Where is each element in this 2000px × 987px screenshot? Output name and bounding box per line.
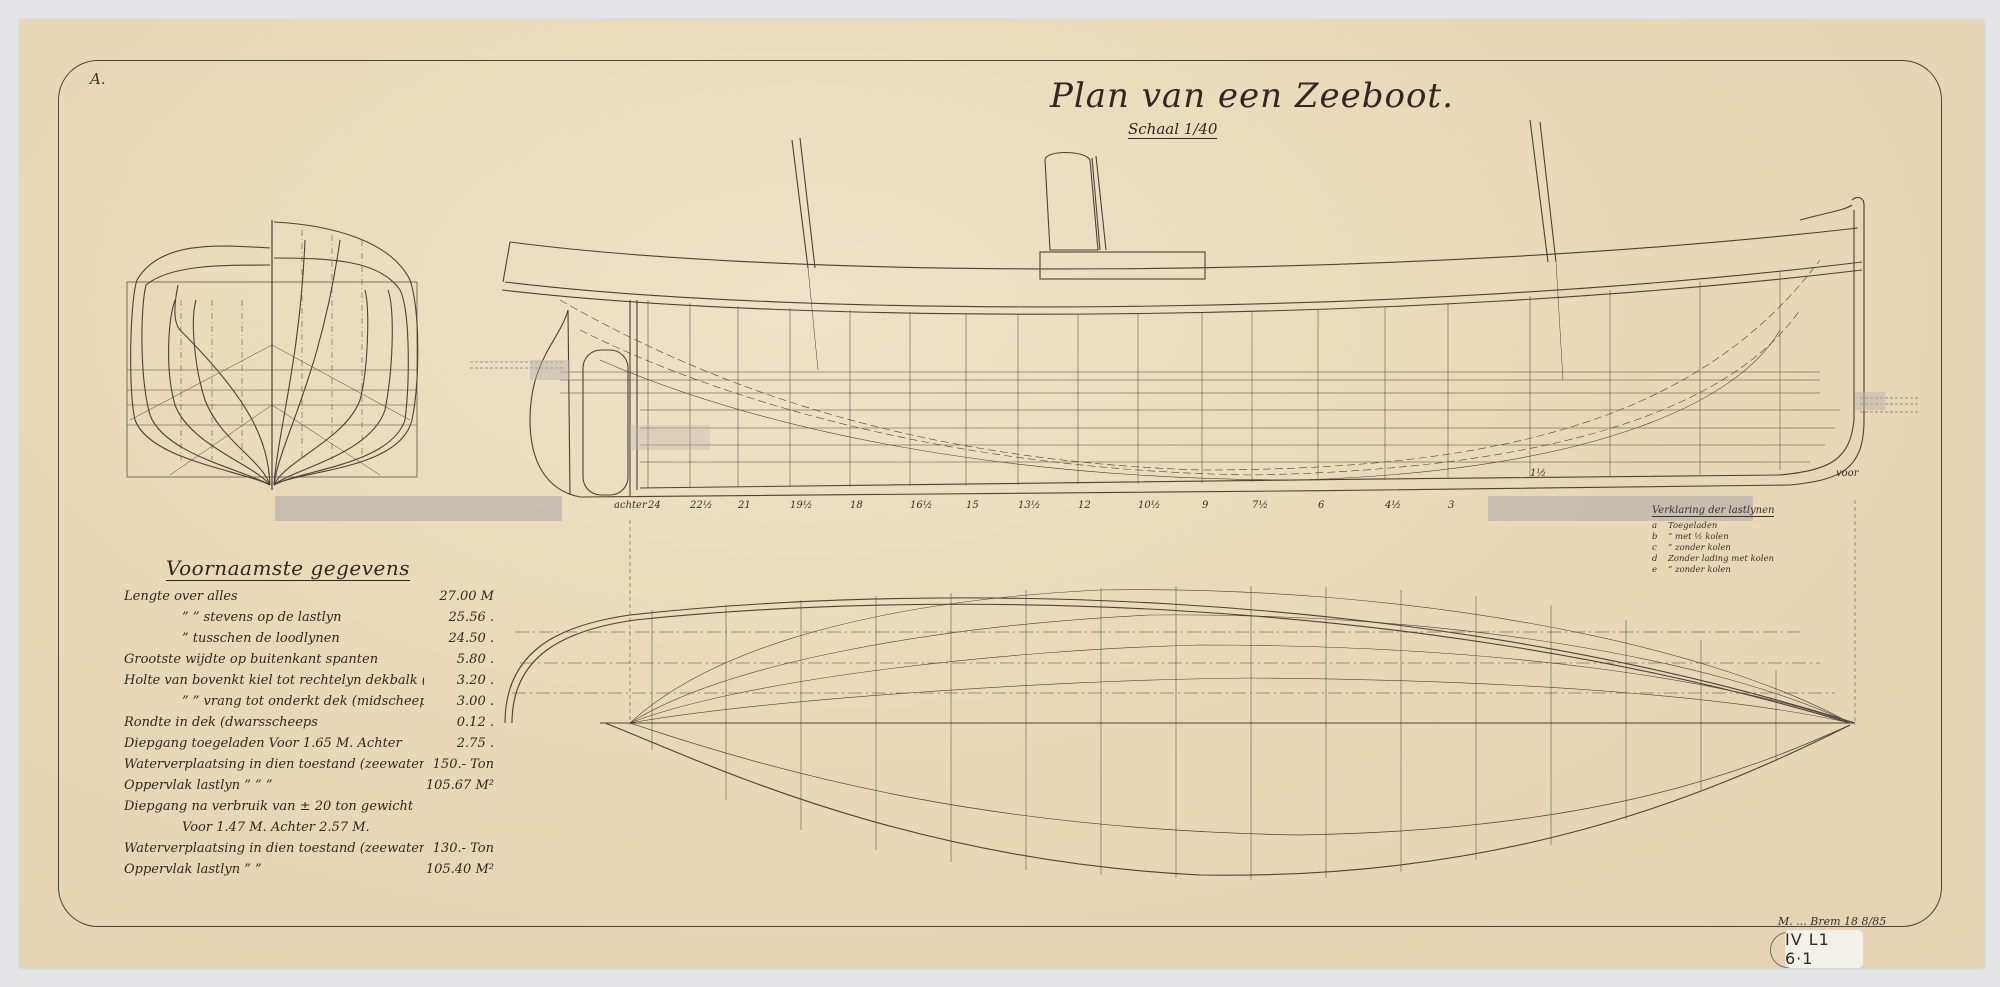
station-label: 16½ xyxy=(910,500,932,511)
station-label: 19½ xyxy=(790,500,812,511)
station-label: 4½ xyxy=(1385,500,1401,511)
station-label: 6 xyxy=(1318,500,1324,511)
station-label: 22½ xyxy=(690,500,712,511)
legend-row: c” zonder kolen xyxy=(1652,543,1774,554)
spec-row: Oppervlak lastlyn ” ” ”105.67 M² xyxy=(124,775,494,796)
station-label: 13½ xyxy=(1018,500,1040,511)
legend-row: b” met ½ kolen xyxy=(1652,532,1774,543)
spec-row: Waterverplaatsing in dien toestand (zeew… xyxy=(124,754,494,775)
legend-row: e” zonder kolen xyxy=(1652,565,1774,576)
station-label: 7½ xyxy=(1252,500,1268,511)
station-label: 24 xyxy=(648,500,661,511)
load-lines-legend: Verklaring der lastlynen aToegeladen b” … xyxy=(1652,505,1774,576)
spec-row: Voor 1.47 M. Achter 2.57 M. xyxy=(124,817,494,838)
station-label: 3 xyxy=(1448,500,1454,511)
spec-row: Lengte over alles27.00 M xyxy=(124,586,494,607)
spec-row: Holte van bovenkt kiel tot rechtelyn dek… xyxy=(124,670,494,691)
station-label: 18 xyxy=(850,500,863,511)
specifications-table: Voornaamste gegevens Lengte over alles27… xyxy=(124,556,494,880)
station-label: 12 xyxy=(1078,500,1091,511)
spec-row: ” ” vrang tot onderkt dek (midscheeps)3.… xyxy=(124,691,494,712)
spec-row: Waterverplaatsing in dien toestand (zeew… xyxy=(124,838,494,859)
body-plan xyxy=(127,220,418,490)
spec-row: Grootste wijdte op buitenkant spanten5.8… xyxy=(124,649,494,670)
station-label: 1½ xyxy=(1530,468,1546,479)
station-label: achter xyxy=(614,500,647,511)
specifications-heading: Voornaamste gegevens xyxy=(166,556,494,580)
station-label: 21 xyxy=(738,500,751,511)
legend-heading: Verklaring der lastlynen xyxy=(1652,505,1774,517)
legend-row: aToegeladen xyxy=(1652,521,1774,532)
station-label: voor xyxy=(1836,468,1858,479)
spec-row: Rondte in dek (dwarsscheeps0.12 . xyxy=(124,712,494,733)
legend-row: dZonder lading met kolen xyxy=(1652,554,1774,565)
spec-row: Diepgang toegeladen Voor 1.65 M. Achter2… xyxy=(124,733,494,754)
draftsman-signature: M. ... Brem 18 8/85 xyxy=(1778,915,1886,928)
spec-row: ” tusschen de loodlynen24.50 . xyxy=(124,628,494,649)
spec-row: Oppervlak lastlyn ” ”105.40 M² xyxy=(124,859,494,880)
spec-row: Diepgang na verbruik van ± 20 ton gewich… xyxy=(124,796,494,817)
archive-label: IV L1 6·1 xyxy=(1785,930,1863,968)
spec-row: ” ” stevens op de lastlyn25.56 . xyxy=(124,607,494,628)
wash-band-left xyxy=(275,496,562,521)
station-label: 15 xyxy=(966,500,979,511)
station-label: 10½ xyxy=(1138,500,1160,511)
station-label: 9 xyxy=(1202,500,1208,511)
